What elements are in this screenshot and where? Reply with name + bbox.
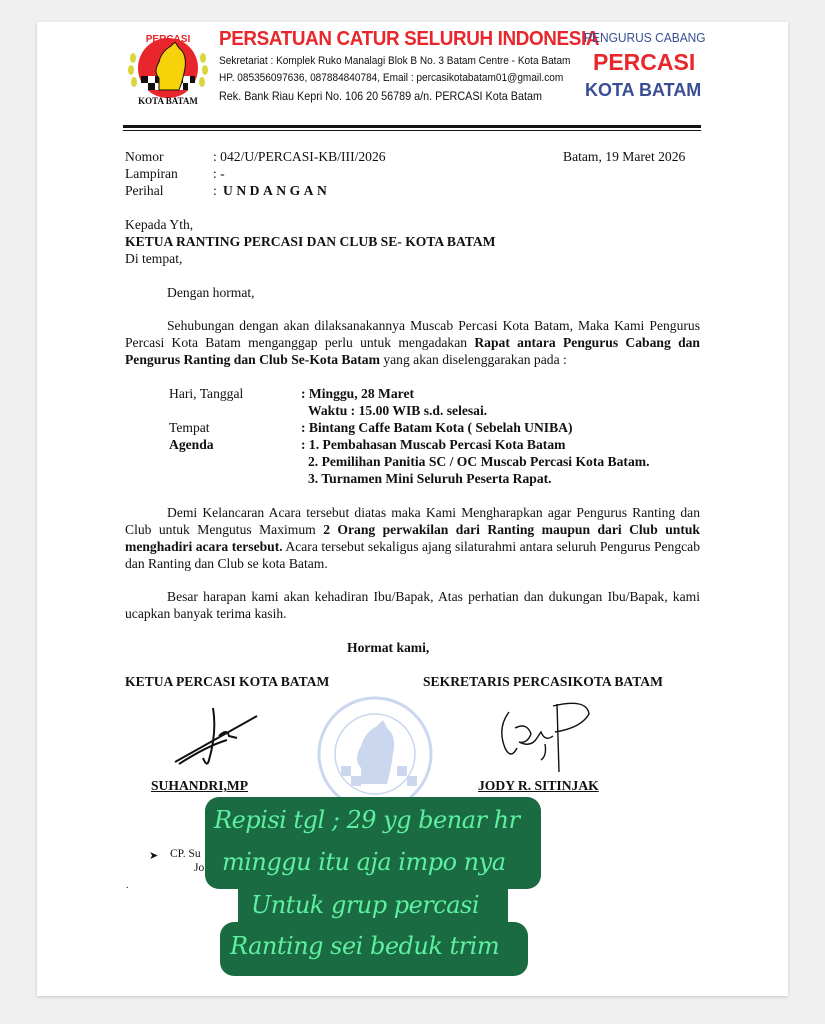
letterhead-divider-thick bbox=[123, 125, 701, 128]
nomor-label: Nomor bbox=[125, 148, 164, 165]
right-signatory-title: SEKRETARIS PERCASIKOTA BATAM bbox=[423, 673, 663, 690]
svg-text:KOTA BATAM: KOTA BATAM bbox=[138, 96, 198, 106]
nomor-value: : 042/U/PERCASI-KB/III/2026 bbox=[213, 148, 386, 165]
lampiran-label: Lampiran bbox=[125, 165, 178, 182]
arrow-bullet-icon: ➤ bbox=[149, 848, 158, 865]
contact-person-line: CP. Su bbox=[170, 848, 201, 860]
paragraph-intro: Sehubungan dengan akan dilaksanakannya M… bbox=[125, 317, 700, 368]
stray-dot: . bbox=[126, 880, 129, 891]
left-signatory-name: SUHANDRI,MP bbox=[151, 777, 248, 794]
day-value: : Minggu, 28 Maret bbox=[301, 385, 414, 402]
note-line: Repisi tgl ; 29 yg benar hr bbox=[214, 806, 520, 834]
right-signature-icon bbox=[497, 698, 597, 776]
left-signature-icon bbox=[167, 702, 263, 772]
agenda-item: : 1. Pembahasan Muscab Percasi Kota Bata… bbox=[301, 436, 565, 453]
recipient-name: KETUA RANTING PERCASI DAN CLUB SE- KOTA … bbox=[125, 233, 495, 250]
agenda-item: 3. Turnamen Mini Seluruh Peserta Rapat. bbox=[308, 470, 552, 487]
org-contact: HP. 085356097636, 087884840784, Email : … bbox=[219, 72, 563, 84]
note-line: Untuk grup percasi bbox=[251, 891, 479, 919]
org-address: Sekretariat : Komplek Ruko Manalagi Blok… bbox=[219, 55, 570, 67]
agenda-label: Agenda bbox=[169, 436, 214, 453]
paragraph-delegates: Demi Kelancaran Acara tersebut diatas ma… bbox=[125, 504, 700, 572]
paragraph-closing: Besar harapan kami akan kehadiran Ibu/Ba… bbox=[125, 588, 700, 622]
left-signatory-title: KETUA PERCASI KOTA BATAM bbox=[125, 673, 329, 690]
recipient-salutation: Kepada Yth, bbox=[125, 216, 193, 233]
place-value: : Bintang Caffe Batam Kota ( Sebelah UNI… bbox=[301, 419, 573, 436]
note-line: Ranting sei beduk trim bbox=[230, 932, 499, 960]
percasi-logo-icon: PERCASI KOTA BATAM bbox=[125, 28, 211, 108]
day-label: Hari, Tanggal bbox=[169, 385, 243, 402]
recipient-location: Di tempat, bbox=[125, 250, 182, 267]
org-name: PERSATUAN CATUR SELURUH INDONESIA bbox=[219, 27, 599, 51]
branch-name: PERCASI bbox=[593, 49, 695, 76]
perihal-value: UNDANGAN bbox=[223, 182, 330, 199]
closing-salutation: Hormat kami, bbox=[347, 639, 429, 656]
place-label: Tempat bbox=[169, 419, 210, 436]
place-date: Batam, 19 Maret 2026 bbox=[563, 148, 685, 165]
organization-stamp-icon bbox=[305, 694, 445, 814]
branch-label: PENGURUS CABANG bbox=[584, 30, 706, 45]
note-line: minggu itu aja impo nya bbox=[222, 848, 506, 876]
letterhead-divider-thin bbox=[123, 130, 701, 131]
org-bank-account: Rek. Bank Riau Kepri No. 106 20 56789 a/… bbox=[219, 89, 542, 103]
time-value: Waktu : 15.00 WIB s.d. selesai. bbox=[308, 402, 487, 419]
perihal-label: Perihal bbox=[125, 182, 164, 199]
agenda-item: 2. Pemilihan Panitia SC / OC Muscab Perc… bbox=[308, 453, 649, 470]
greeting: Dengan hormat, bbox=[167, 284, 255, 301]
svg-text:PERCASI: PERCASI bbox=[146, 34, 191, 45]
lampiran-value: : - bbox=[213, 165, 225, 182]
right-signatory-name: JODY R. SITINJAK bbox=[478, 777, 599, 794]
perihal-colon: : bbox=[213, 182, 217, 199]
contact-person-line: Jo bbox=[194, 862, 204, 874]
branch-city: KOTA BATAM bbox=[585, 80, 701, 101]
